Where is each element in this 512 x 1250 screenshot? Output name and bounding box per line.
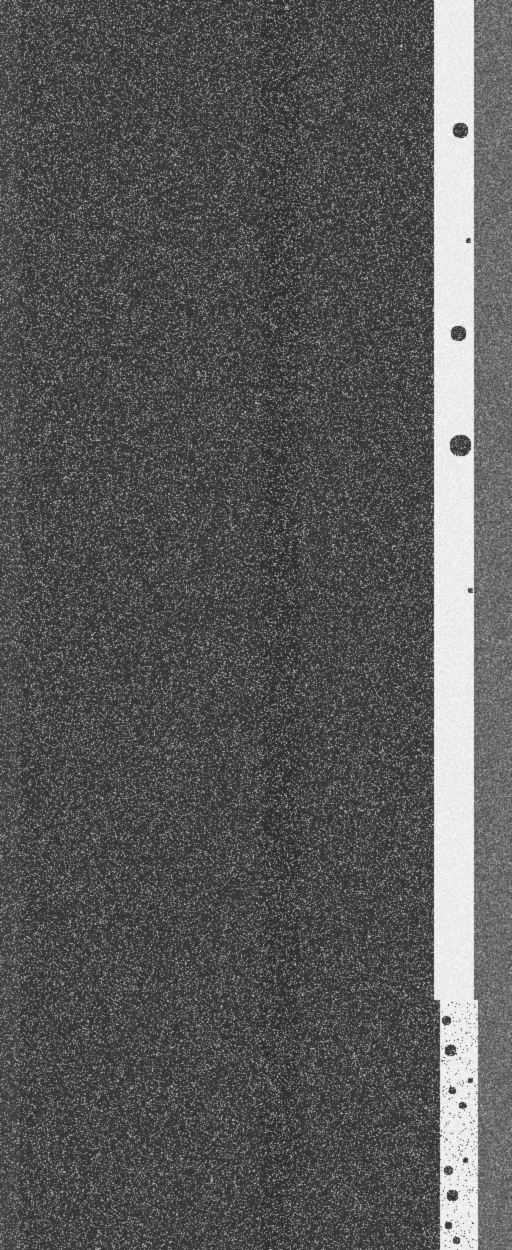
asphalt-texture-canvas <box>0 0 512 1250</box>
road-surface-image <box>0 0 512 1250</box>
